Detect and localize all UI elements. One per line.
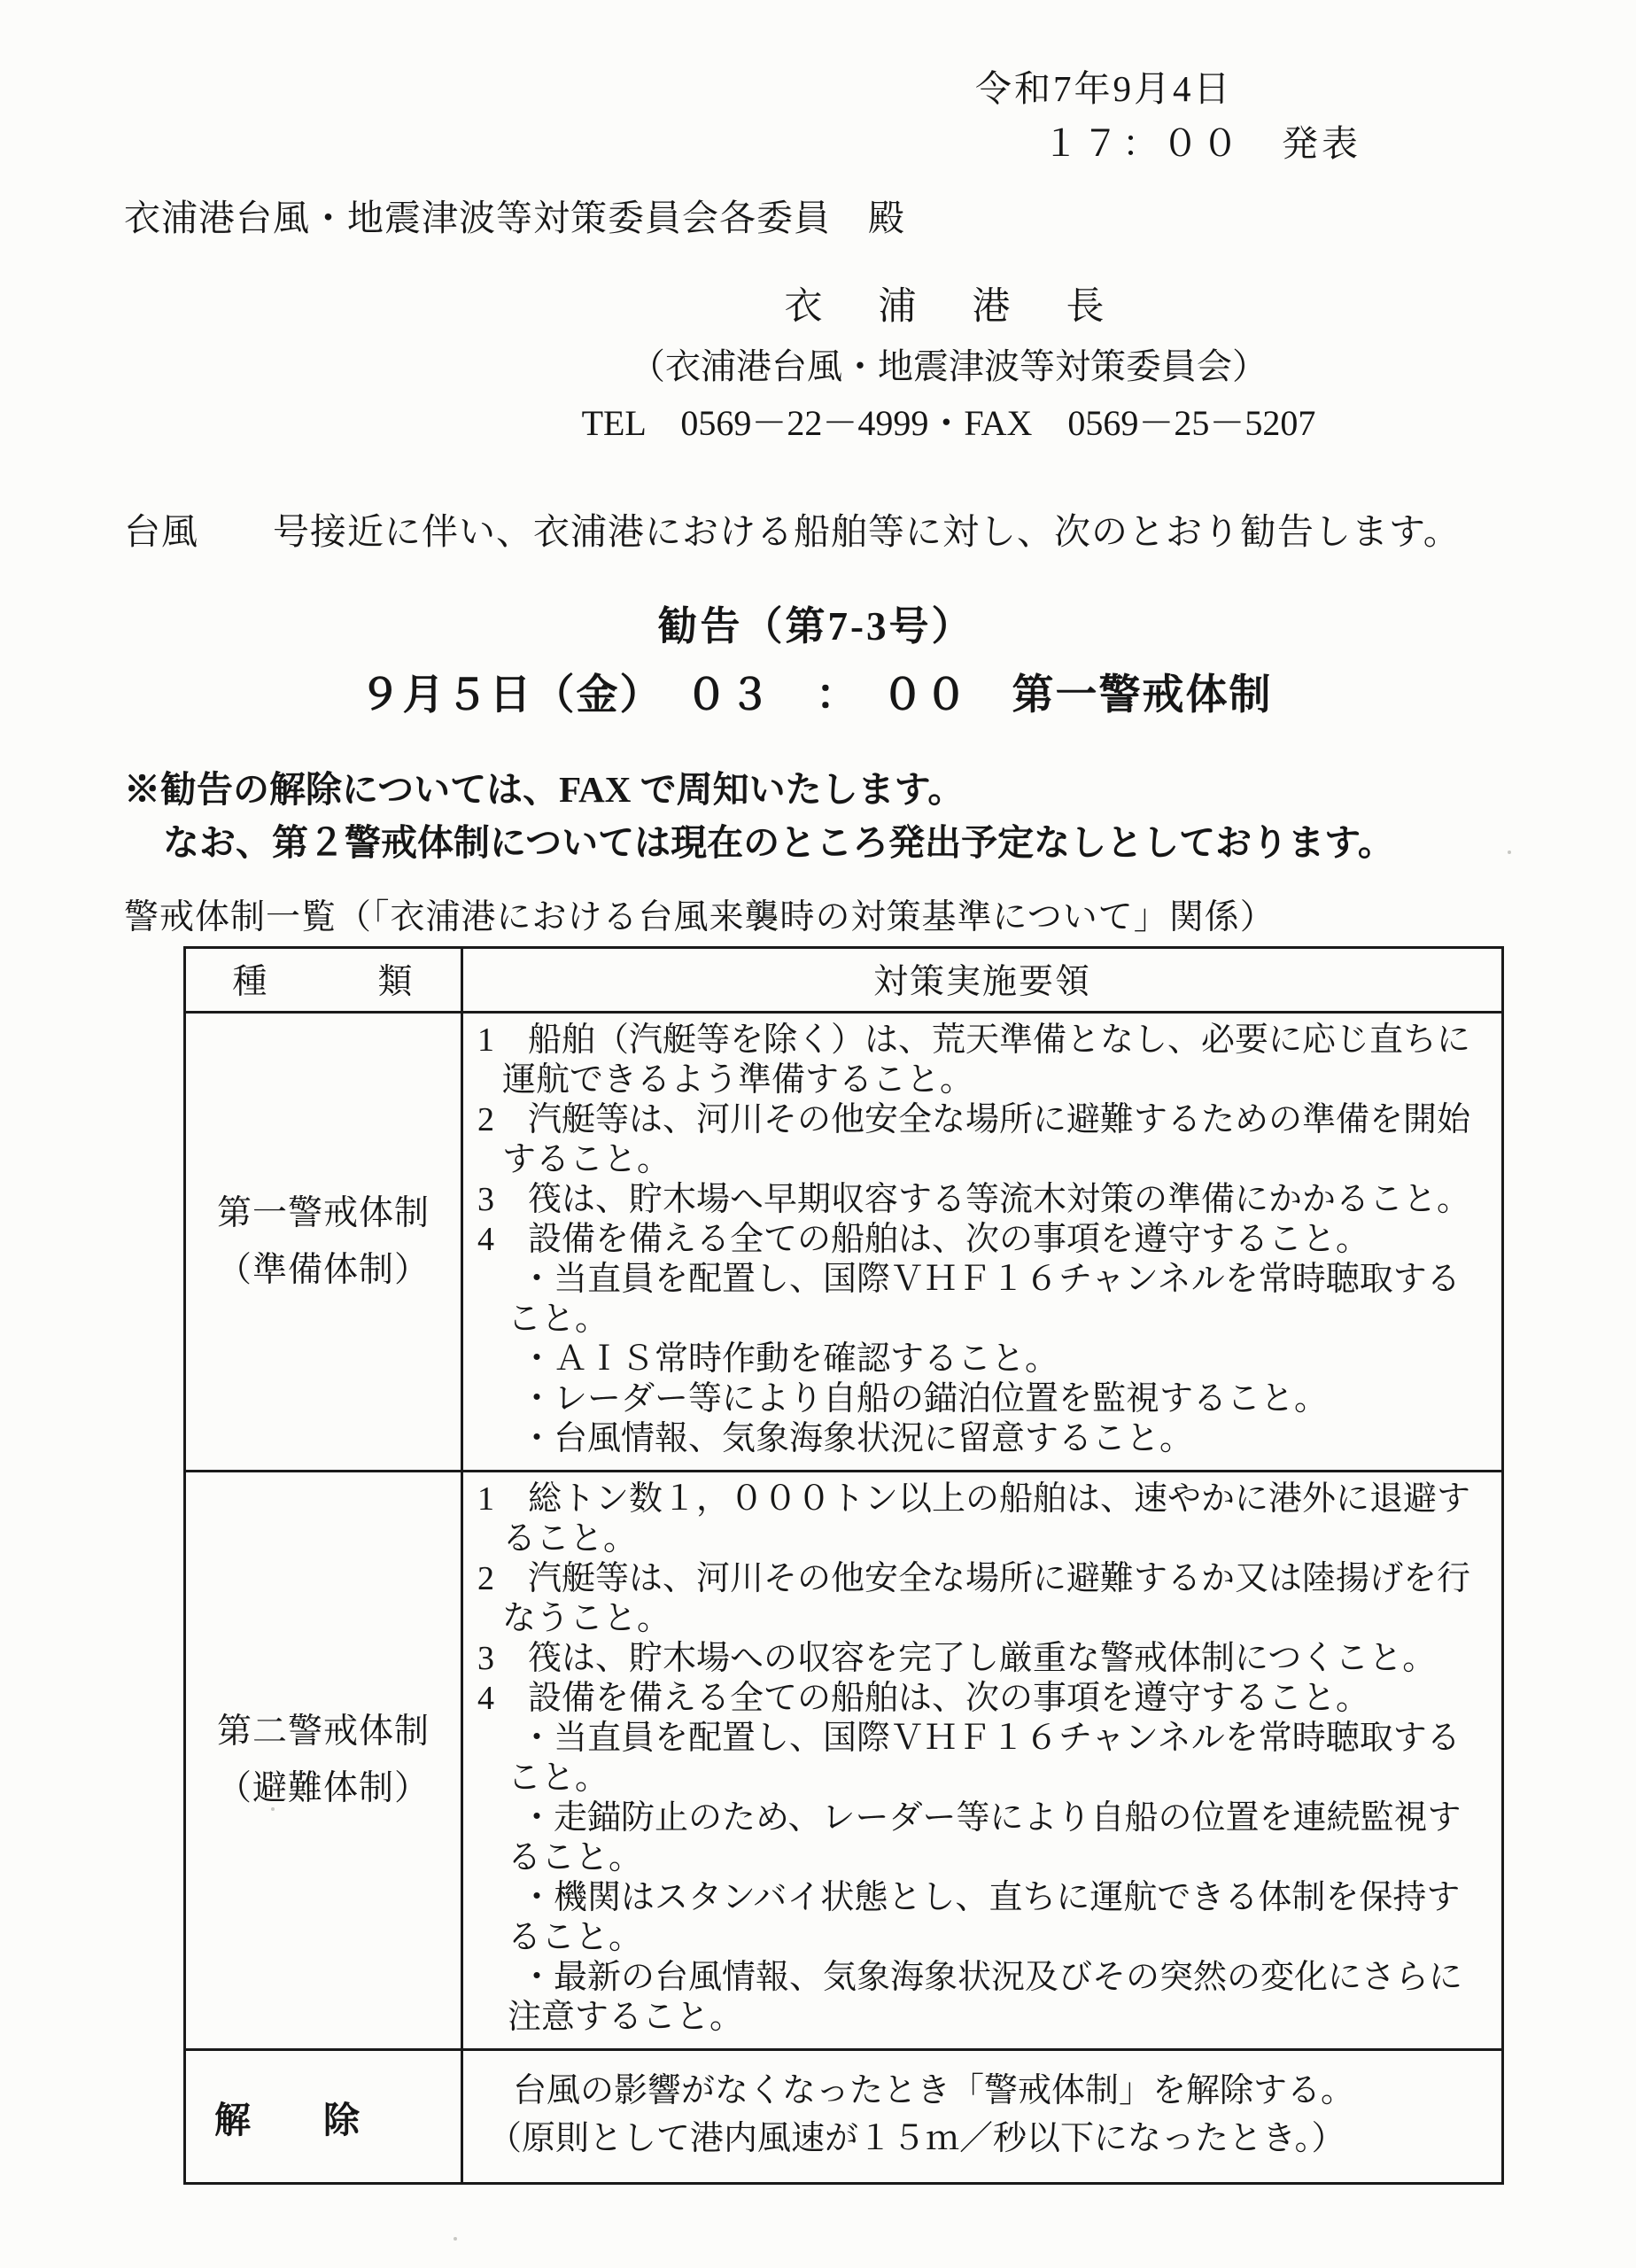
row2-item: 2 汽艇等は、河川その他安全な場所に避難するか又は陸揚げを行なうこと。: [477, 1559, 1491, 1639]
row1-item: 2 汽艇等は、河川その他安全な場所に避難するための準備を開始すること。: [477, 1100, 1491, 1180]
table-caption: 警戒体制一覧（「衣浦港における台風来襲時の対策基準について」関係）: [124, 889, 1508, 939]
row3-type-cell: 解 除: [185, 2050, 462, 2184]
sender-org: （衣浦港台風・地震津波等対策委員会）: [390, 338, 1508, 396]
row2-bullet: ・最新の台風情報、気象海象状況及びその突然の変化にさらに注意すること。: [477, 1958, 1491, 2038]
row2-bullet: ・機関はスタンバイ状態とし、直ちに運航できる体制を保持すること。: [477, 1878, 1491, 1958]
row2-outline-cell: 1 総トン数１，０００トン以上の船舶は、速やかに港外に退避すること。 2 汽艇等…: [462, 1472, 1503, 2050]
header-type: 種 類: [185, 948, 462, 1013]
row1-bullet: ・ＡＩＳ常時作動を確認すること。: [477, 1340, 1491, 1379]
row1-item: 3 筏は、貯木場へ早期収容する等流木対策の準備にかかること。: [477, 1180, 1491, 1220]
scan-speckle: [1508, 850, 1511, 854]
row2-type-line2: （避難体制）: [187, 1760, 460, 1817]
table-header-row: 種 類 対策実施要領: [185, 948, 1503, 1013]
note-second-level: なお、第２警戒体制については現在のところ発出予定なしとしております。: [124, 819, 1508, 866]
row2-type-cell: 第二警戒体制 （避難体制）: [185, 1472, 462, 2050]
sender-contact: TEL 0569－22－4999・FAX 0569－25－5207: [390, 395, 1508, 453]
row3-line2: （原則として港内風速が１５ｍ／秒以下になったとき。）: [477, 2115, 1491, 2163]
row1-type-line1: 第一警戒体制: [187, 1185, 460, 1242]
addressee-line: 衣浦港台風・地震津波等対策委員会各委員 殿: [124, 189, 1508, 241]
table-row: 解 除 台風の影響がなくなったとき「警戒体制」を解除する。 （原則として港内風速…: [185, 2050, 1503, 2184]
scan-speckle: [454, 2237, 457, 2241]
scan-speckle: [271, 1807, 275, 1811]
row3-line1: 台風の影響がなくなったとき「警戒体制」を解除する。: [477, 2067, 1491, 2115]
issue-time: １７：００ 発表: [975, 117, 1361, 172]
row1-type-cell: 第一警戒体制 （準備体制）: [185, 1013, 462, 1472]
row1-bullet: ・当直員を配置し、国際ＶＨＦ１６チャンネルを常時聴取すること。: [477, 1260, 1491, 1340]
row2-item: 4 設備を備える全ての船舶は、次の事項を遵守すること。: [477, 1679, 1491, 1719]
alert-levels-table: 種 類 対策実施要領 第一警戒体制 （準備体制） 1 船舶（汽艇等を除く）は、荒…: [183, 946, 1504, 2185]
notice-title: 勧告（第7-3号）: [124, 594, 1508, 651]
sender-block: 衣 浦 港 長 （衣浦港台風・地震津波等対策委員会） TEL 0569－22－4…: [124, 276, 1508, 453]
row2-type-line1: 第二警戒体制: [187, 1704, 460, 1760]
note-release: ※勧告の解除については、FAX で周知いたします。: [124, 765, 1508, 813]
row1-type-line2: （準備体制）: [187, 1242, 460, 1299]
notice-block: 勧告（第7-3号） ９月５日（金） ０３ ： ００ 第一警戒体制: [124, 594, 1508, 721]
intro-paragraph: 台風 号接近に伴い、衣浦港における船舶等に対し、次のとおり勧告します。: [124, 502, 1508, 555]
row1-item: 4 設備を備える全ての船舶は、次の事項を遵守すること。: [477, 1220, 1491, 1260]
table-row: 第一警戒体制 （準備体制） 1 船舶（汽艇等を除く）は、荒天準備となし、必要に応…: [185, 1013, 1503, 1472]
notice-detail: ９月５日（金） ０３ ： ００ 第一警戒体制: [124, 662, 1508, 721]
row1-outline-cell: 1 船舶（汽艇等を除く）は、荒天準備となし、必要に応じ直ちに運航できるよう準備す…: [462, 1013, 1503, 1472]
issue-date: 令和7年9月4日: [975, 62, 1361, 117]
sender-title: 衣 浦 港 長: [390, 276, 1508, 338]
document-page: 令和7年9月4日 １７：００ 発表 衣浦港台風・地震津波等対策委員会各委員 殿 …: [0, 0, 1636, 2268]
notes-block: ※勧告の解除については、FAX で周知いたします。 なお、第２警戒体制については…: [124, 765, 1508, 866]
row2-item: 1 総トン数１，０００トン以上の船舶は、速やかに港外に退避すること。: [477, 1480, 1491, 1559]
row2-bullet: ・走錨防止のため、レーダー等により自船の位置を連続監視すること。: [477, 1798, 1491, 1878]
row2-item: 3 筏は、貯木場への収容を完了し厳重な警戒体制につくこと。: [477, 1639, 1491, 1679]
row1-item: 1 船舶（汽艇等を除く）は、荒天準備となし、必要に応じ直ちに運航できるよう準備す…: [477, 1021, 1491, 1100]
row1-bullet: ・台風情報、気象海象状況に留意すること。: [477, 1419, 1491, 1459]
table-row: 第二警戒体制 （避難体制） 1 総トン数１，０００トン以上の船舶は、速やかに港外…: [185, 1472, 1503, 2050]
row3-outline-cell: 台風の影響がなくなったとき「警戒体制」を解除する。 （原則として港内風速が１５ｍ…: [462, 2050, 1503, 2184]
row1-bullet: ・レーダー等により自船の錨泊位置を監視すること。: [477, 1379, 1491, 1419]
header-outline: 対策実施要領: [462, 948, 1503, 1013]
issue-date-block: 令和7年9月4日 １７：００ 発表: [975, 62, 1361, 171]
row2-bullet: ・当直員を配置し、国際ＶＨＦ１６チャンネルを常時聴取すること。: [477, 1719, 1491, 1798]
